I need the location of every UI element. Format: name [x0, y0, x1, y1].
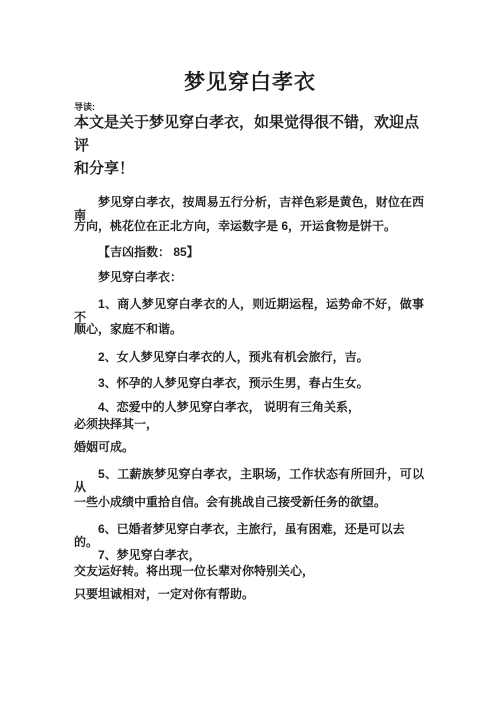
item-2-line-1: 2、女人梦见穿白孝衣的人，预兆有机会旅行，吉。	[74, 351, 424, 364]
item-3-line-1: 3、怀孕的人梦见穿白孝衣，预示生男，春占生女。	[74, 377, 424, 390]
item-1-line-1: 1、商人梦见穿白孝衣的人，则近期运程，运势命不好，做事不	[74, 298, 424, 324]
item-4-line-1: 4、恋爱中的人梦见穿白孝衣， 说明有三角关系，	[74, 401, 424, 414]
luck-index: 【吉凶指数： 85】	[74, 246, 424, 259]
item-7-line-2: 交友运好转。将出现一位长辈对你特别关心，	[74, 565, 424, 578]
item-1-line-2: 顺心，家庭不和谐。	[74, 323, 424, 336]
item-4-line-3: 婚姻可成。	[74, 441, 424, 454]
item-6-line-1: 6、已婚者梦见穿白孝衣，主旅行，虽有困难，还是可以去的。	[74, 523, 424, 549]
item-5-line-2: 一些小成绩中重拾自信。会有挑战自己接受新任务的欲望。	[74, 496, 424, 509]
intro-line-2: 评	[74, 138, 424, 155]
document-title: 梦见穿白孝衣	[0, 66, 500, 96]
list-heading: 梦见穿白孝衣：	[74, 271, 424, 284]
intro-line-1: 本文是关于梦见穿白孝衣，如果觉得很不错，欢迎点	[74, 115, 424, 132]
document-page: 梦见穿白孝衣 导读: 本文是关于梦见穿白孝衣，如果觉得很不错，欢迎点 评 和分享…	[0, 0, 500, 708]
item-4-line-2: 必须抉择其一，	[74, 418, 424, 431]
item-5-line-1: 5、工薪族梦见穿白孝衣，主职场，工作状态有所回升，可以从	[74, 468, 424, 494]
intro-line-3: 和分享！	[74, 161, 424, 178]
item-7-line-3: 只要坦诚相对，一定对你有帮助。	[74, 588, 424, 601]
item-7-line-1: 7、梦见穿白孝衣，	[74, 549, 424, 562]
lead-label: 导读:	[74, 103, 424, 113]
analysis-line-2: 方向，桃花位在正北方向，幸运数字是 6，开运食物是饼干。	[74, 220, 424, 233]
